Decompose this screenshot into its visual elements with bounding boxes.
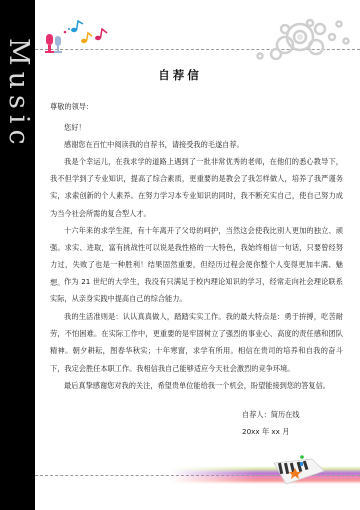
signature-recommender: 自荐人：简历在线: [242, 410, 300, 420]
closing-paragraph: 最后真挚感谢您对我的关注，希望贵单位能给我一个机会，盼望能接到您的答复信。: [50, 377, 343, 394]
sidebar-band: Music: [0, 0, 35, 510]
body-paragraph: 我的生活准则是：认认真真做人，踏踏实实工作。我的最大特点是：勇于拚搏，吃苦耐劳，…: [50, 308, 343, 377]
body-paragraph: 我是个幸运儿，在我求学的道路上遇到了一批非常优秀的老师，在他们的悉心教导下，我不…: [50, 153, 343, 222]
microphone-notes-icon: [44, 20, 114, 56]
piano-keys-icon: [272, 455, 327, 485]
signature-date: 20xx 年 xx 月: [242, 427, 289, 437]
bubble-circles-icon: [240, 15, 360, 60]
page-title: 自荐信: [130, 67, 230, 83]
sidebar-music-word: Music: [3, 38, 34, 151]
salutation: 尊敬的领导：: [50, 102, 93, 112]
greeting-paragraph: 您好！: [50, 119, 343, 136]
body-paragraph: 作为 21 世纪的大学生，我没有只满足于校内理论知识的学习，经常走向社会理论联系…: [50, 273, 343, 307]
body-paragraph: 感谢您在百忙中阅读我的自荐书，请接受我的毛遂自荐。: [50, 136, 343, 153]
